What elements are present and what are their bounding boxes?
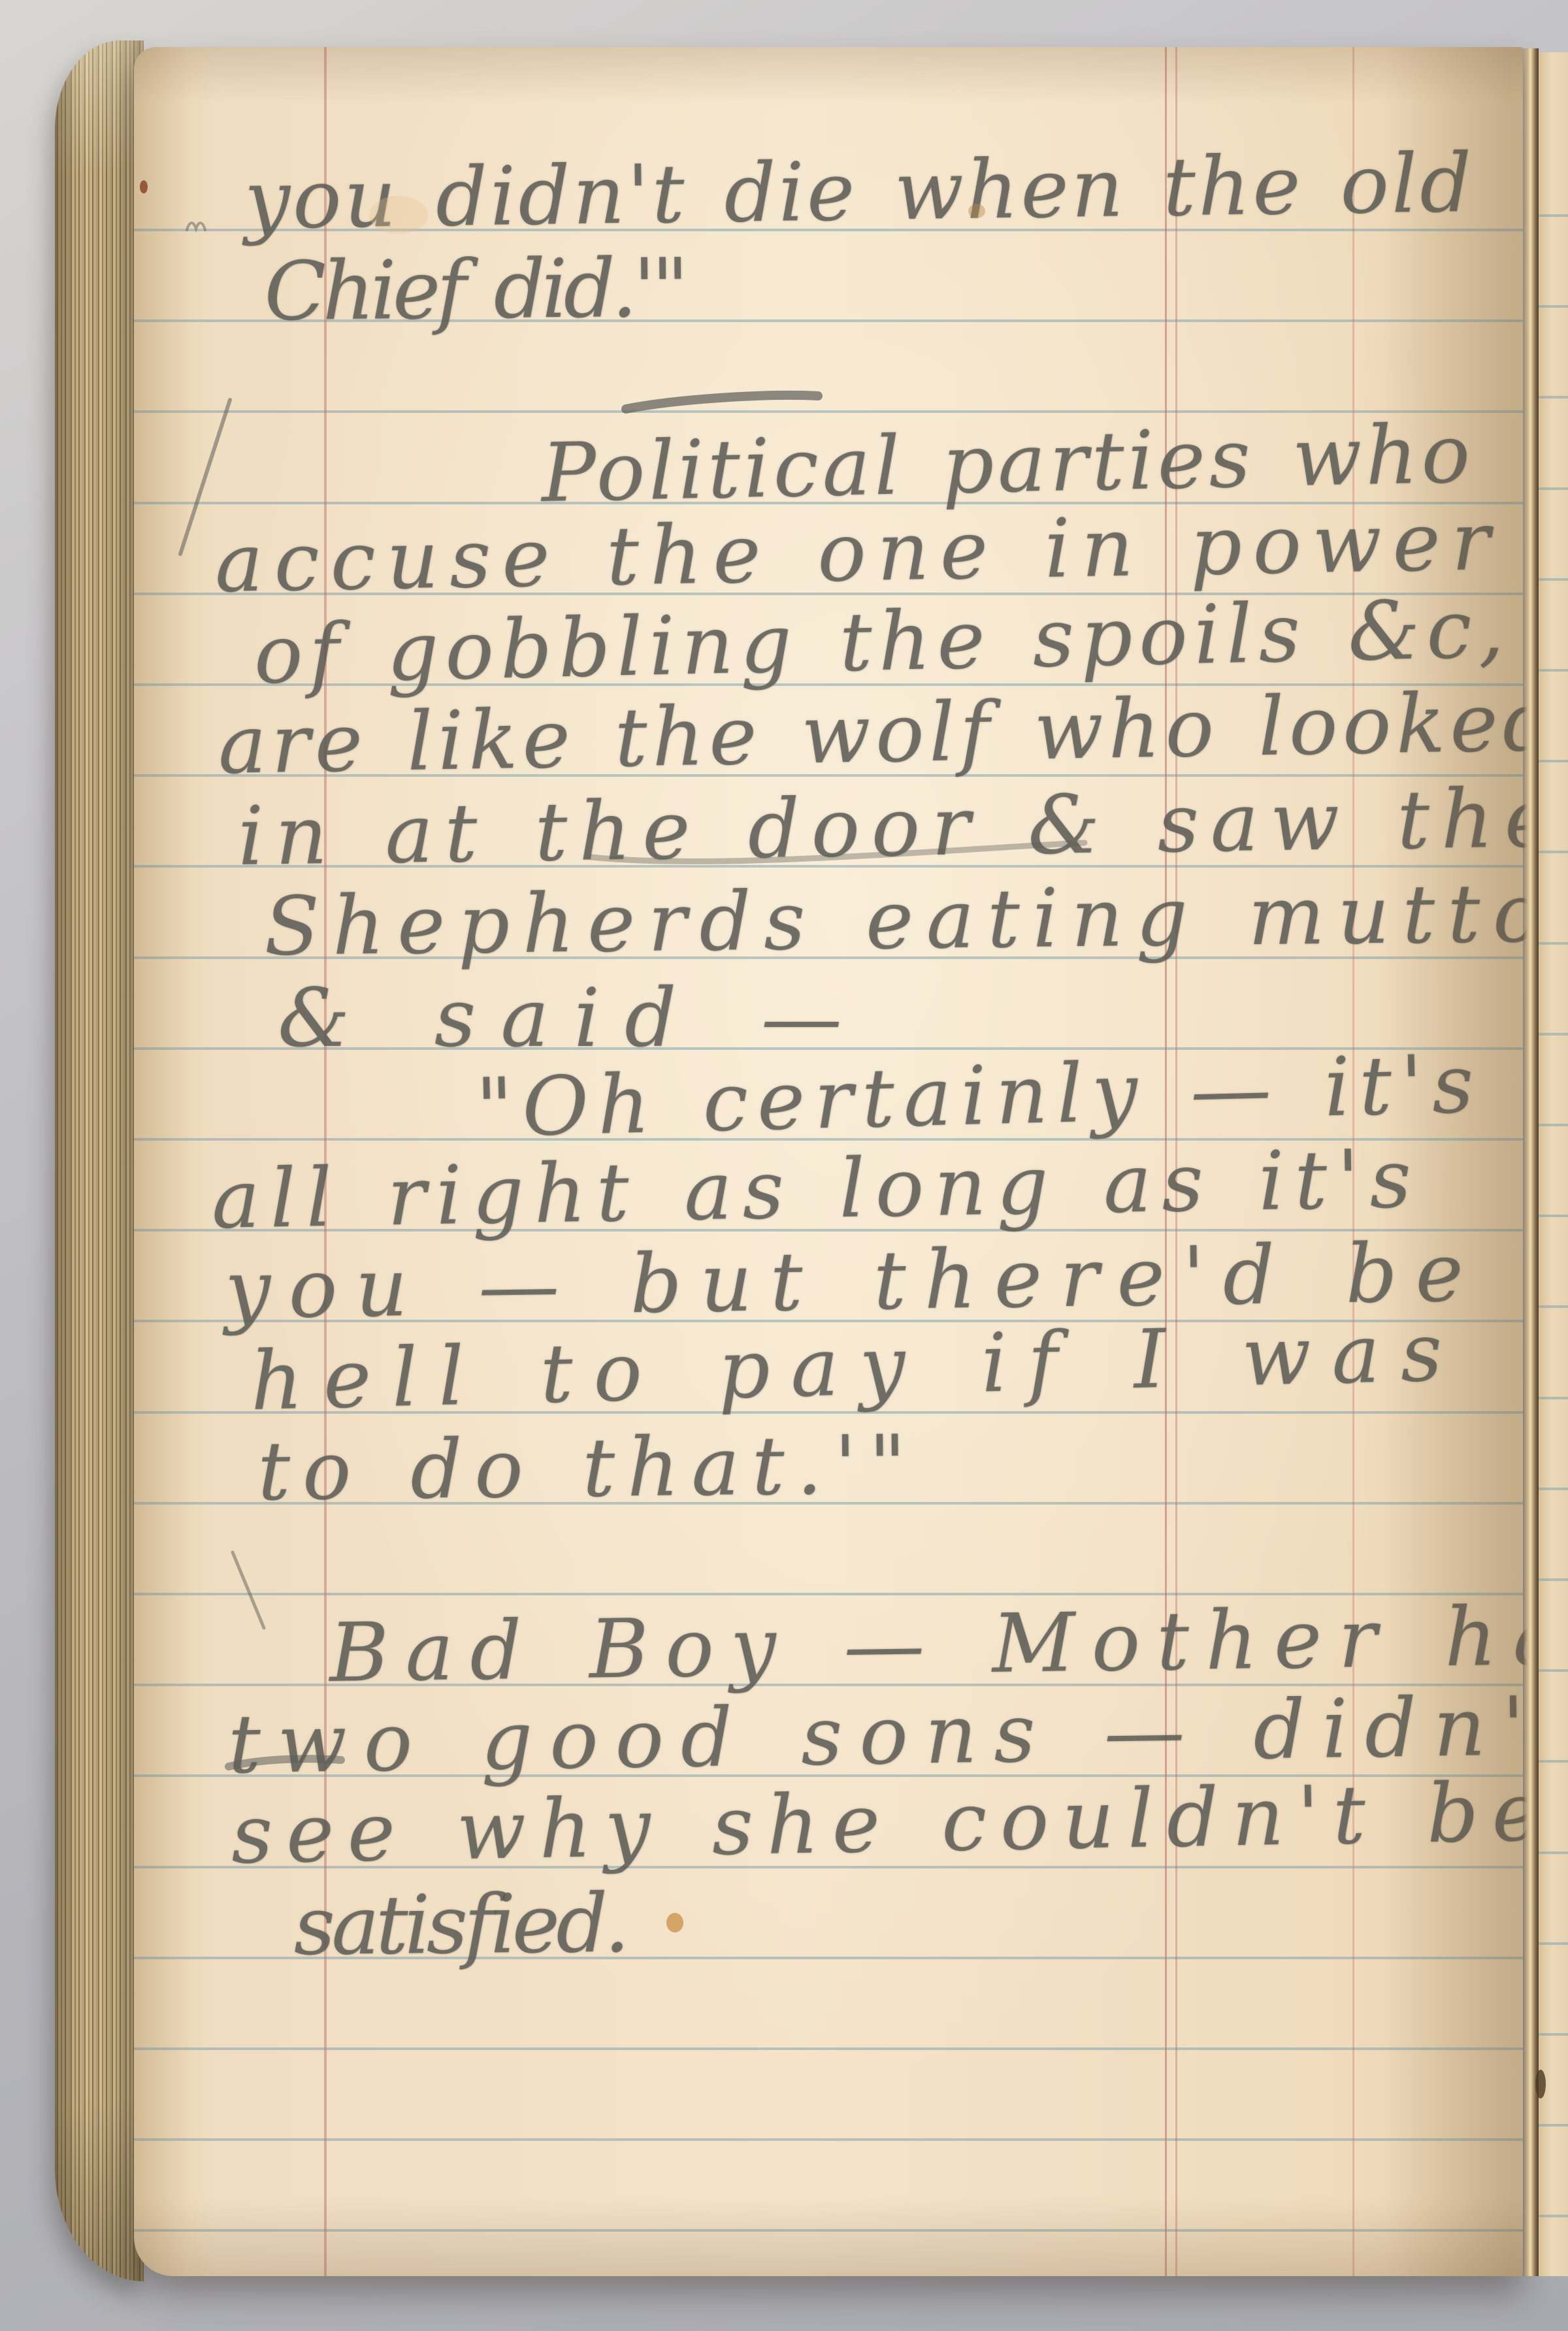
handwriting-line: Shepherds eating mutton — [264, 872, 1568, 968]
ruled-line — [1539, 1942, 1568, 1945]
handwriting-line: & said — — [278, 978, 867, 1059]
ruled-line — [134, 2138, 1523, 2141]
handwriting-line: all right as long as it's — [211, 1139, 1422, 1241]
photo-background: { "meta": { "description": "Photograph o… — [0, 0, 1568, 2331]
ruled-line — [1539, 214, 1568, 217]
ruled-line — [1539, 305, 1568, 308]
ruled-line — [1539, 487, 1568, 490]
ruled-line — [1539, 1488, 1568, 1490]
notebook: you didn't die when the oldChief did.'"P… — [0, 0, 1568, 2331]
binding-gutter — [1523, 48, 1539, 2276]
ruled-line — [1539, 851, 1568, 853]
ruled-line — [1539, 1669, 1568, 1672]
handwriting-line: see why she couldn't be — [231, 1772, 1554, 1876]
handwriting-line: to do that.'" — [257, 1424, 919, 1512]
page-edge-shading — [55, 41, 144, 2281]
ruled-line — [1539, 1578, 1568, 1581]
ruled-line — [1539, 760, 1568, 762]
ruled-line — [1539, 1305, 1568, 1308]
ruled-line — [1539, 578, 1568, 581]
ruled-line — [1539, 1760, 1568, 1763]
notebook-page: you didn't die when the oldChief did.'"P… — [134, 47, 1523, 2276]
ruled-line — [1539, 396, 1568, 399]
ruled-line — [1539, 1124, 1568, 1126]
handwriting-line: in at the door & saw the — [237, 778, 1564, 877]
handwriting-line: satisfied. — [293, 1883, 626, 1967]
ruled-line — [134, 2229, 1523, 2232]
ruled-line — [1539, 2215, 1568, 2217]
ruled-line — [134, 2047, 1523, 2050]
ruled-line — [1539, 1214, 1568, 1217]
ruled-line — [1539, 1033, 1568, 1035]
ruled-line — [1539, 2124, 1568, 2127]
handwriting-line: Chief did.'" — [264, 248, 685, 333]
ruled-line — [1539, 1397, 1568, 1399]
ruled-line — [1539, 1851, 1568, 1854]
page-edge-stack — [55, 41, 144, 2281]
ruled-line — [1539, 669, 1568, 672]
facing-page-edge — [1539, 52, 1568, 2276]
ruled-line — [1539, 2033, 1568, 2036]
handwriting-line: are like the wolf who looked — [218, 681, 1560, 786]
handwriting-line: Bad Boy — Mother had — [329, 1595, 1568, 1694]
handwriting-line: you didn't die when the old — [244, 143, 1475, 241]
ruled-line — [1539, 942, 1568, 945]
